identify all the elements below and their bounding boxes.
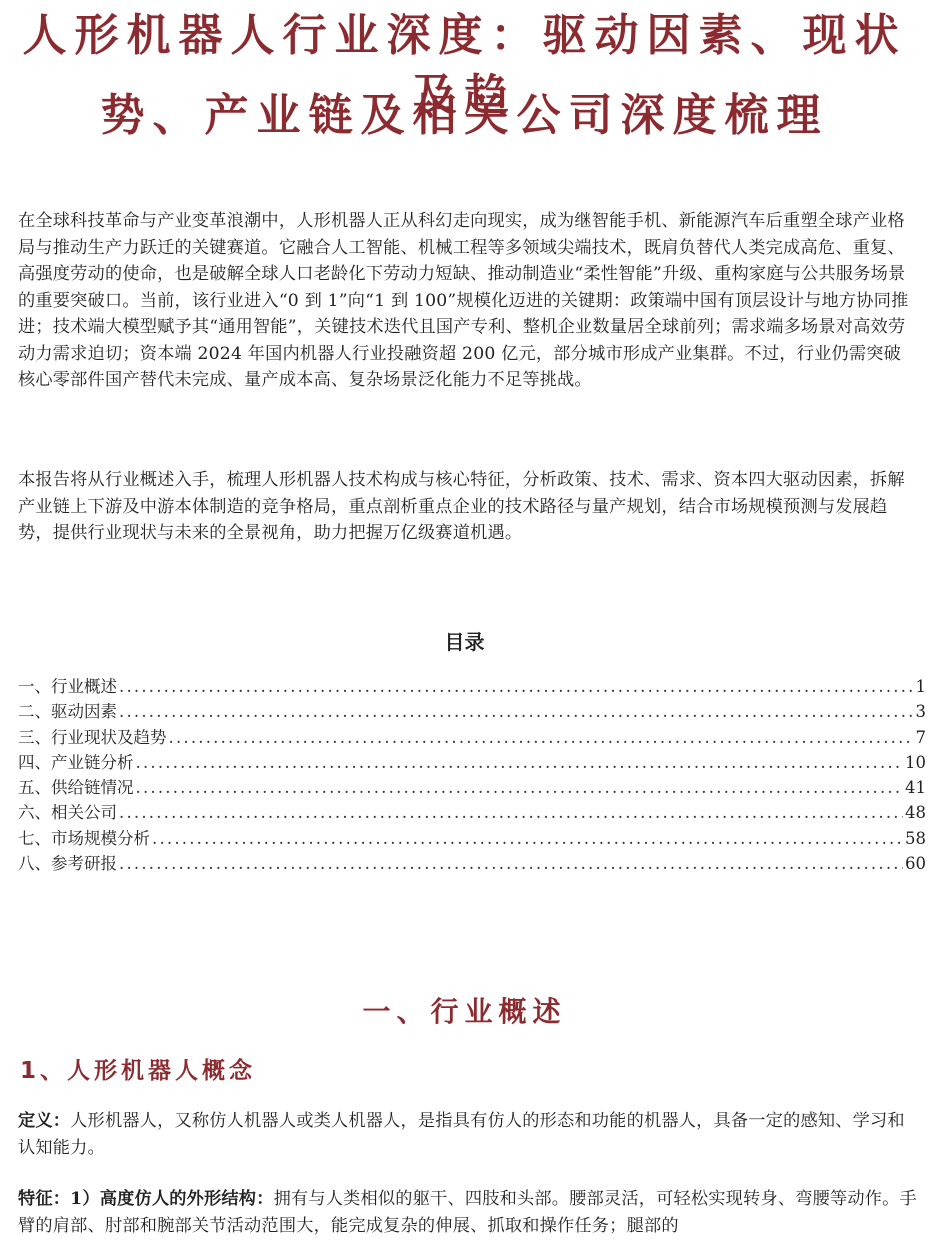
toc-entry[interactable]: 二、驱动因素 3 xyxy=(18,699,926,724)
toc-entry-page: 41 xyxy=(905,775,926,800)
toc-entry-label: 五、供给链情况 xyxy=(18,775,134,800)
toc-entry-page: 10 xyxy=(905,750,926,775)
toc-entry[interactable]: 五、供给链情况 41 xyxy=(18,775,926,800)
toc-leader-dots xyxy=(136,775,904,800)
feature-paragraph: 特征：1）高度仿人的外形结构：拥有与人类相似的躯干、四肢和头部。腰部灵活，可轻松… xyxy=(18,1186,918,1239)
intro-paragraph-2: 本报告将从行业概述入手，梳理人形机器人技术构成与核心特征，分析政策、技术、需求、… xyxy=(18,467,918,547)
document-page: 人形机器人行业深度：驱动因素、现状及趋 势、产业链及相关公司深度梳理 在全球科技… xyxy=(0,0,929,1251)
section-heading: 一、行业概述 xyxy=(0,990,929,1030)
table-of-contents: 一、行业概述 1 二、驱动因素 3 三、行业现状及趋势 7 四、产业链分析 10… xyxy=(18,674,926,876)
toc-leader-dots xyxy=(119,699,914,724)
toc-entry-label: 一、行业概述 xyxy=(18,674,117,699)
toc-title: 目录 xyxy=(0,626,929,655)
toc-entry-page: 7 xyxy=(916,725,927,750)
toc-leader-dots xyxy=(119,851,903,876)
intro-paragraph-1: 在全球科技革命与产业变革浪潮中，人形机器人正从科幻走向现实，成为继智能手机、新能… xyxy=(18,208,918,394)
toc-entry-label: 六、相关公司 xyxy=(18,800,117,825)
toc-entry-page: 60 xyxy=(905,851,926,876)
toc-entry-label: 四、产业链分析 xyxy=(18,750,134,775)
toc-entry-page: 1 xyxy=(916,674,927,699)
toc-entry-page: 48 xyxy=(905,800,926,825)
toc-entry[interactable]: 八、参考研报 60 xyxy=(18,851,926,876)
toc-entry-label: 七、市场规模分析 xyxy=(18,826,150,851)
toc-leader-dots xyxy=(119,800,903,825)
toc-entry[interactable]: 四、产业链分析 10 xyxy=(18,750,926,775)
toc-leader-dots xyxy=(136,750,904,775)
toc-entry[interactable]: 一、行业概述 1 xyxy=(18,674,926,699)
toc-leader-dots xyxy=(119,674,914,699)
toc-entry[interactable]: 三、行业现状及趋势 7 xyxy=(18,725,926,750)
toc-entry-page: 3 xyxy=(916,699,927,724)
feature-label: 特征：1）高度仿人的外形结构： xyxy=(18,1189,274,1209)
subsection-heading: 1、人形机器人概念 xyxy=(20,1052,256,1085)
toc-entry[interactable]: 七、市场规模分析 58 xyxy=(18,826,926,851)
toc-leader-dots xyxy=(169,725,914,750)
toc-entry-label: 八、参考研报 xyxy=(18,851,117,876)
definition-label: 定义： xyxy=(18,1111,70,1131)
toc-entry-label: 三、行业现状及趋势 xyxy=(18,725,167,750)
toc-entry-label: 二、驱动因素 xyxy=(18,699,117,724)
definition-paragraph: 定义：人形机器人，又称仿人机器人或类人机器人，是指具有仿人的形态和功能的机器人，… xyxy=(18,1108,918,1161)
document-title-line-2: 势、产业链及相关公司深度梳理 xyxy=(0,86,929,146)
toc-leader-dots xyxy=(152,826,903,851)
toc-entry-page: 58 xyxy=(905,826,926,851)
toc-entry[interactable]: 六、相关公司 48 xyxy=(18,800,926,825)
definition-text: 人形机器人，又称仿人机器人或类人机器人，是指具有仿人的形态和功能的机器人，具备一… xyxy=(18,1111,905,1158)
